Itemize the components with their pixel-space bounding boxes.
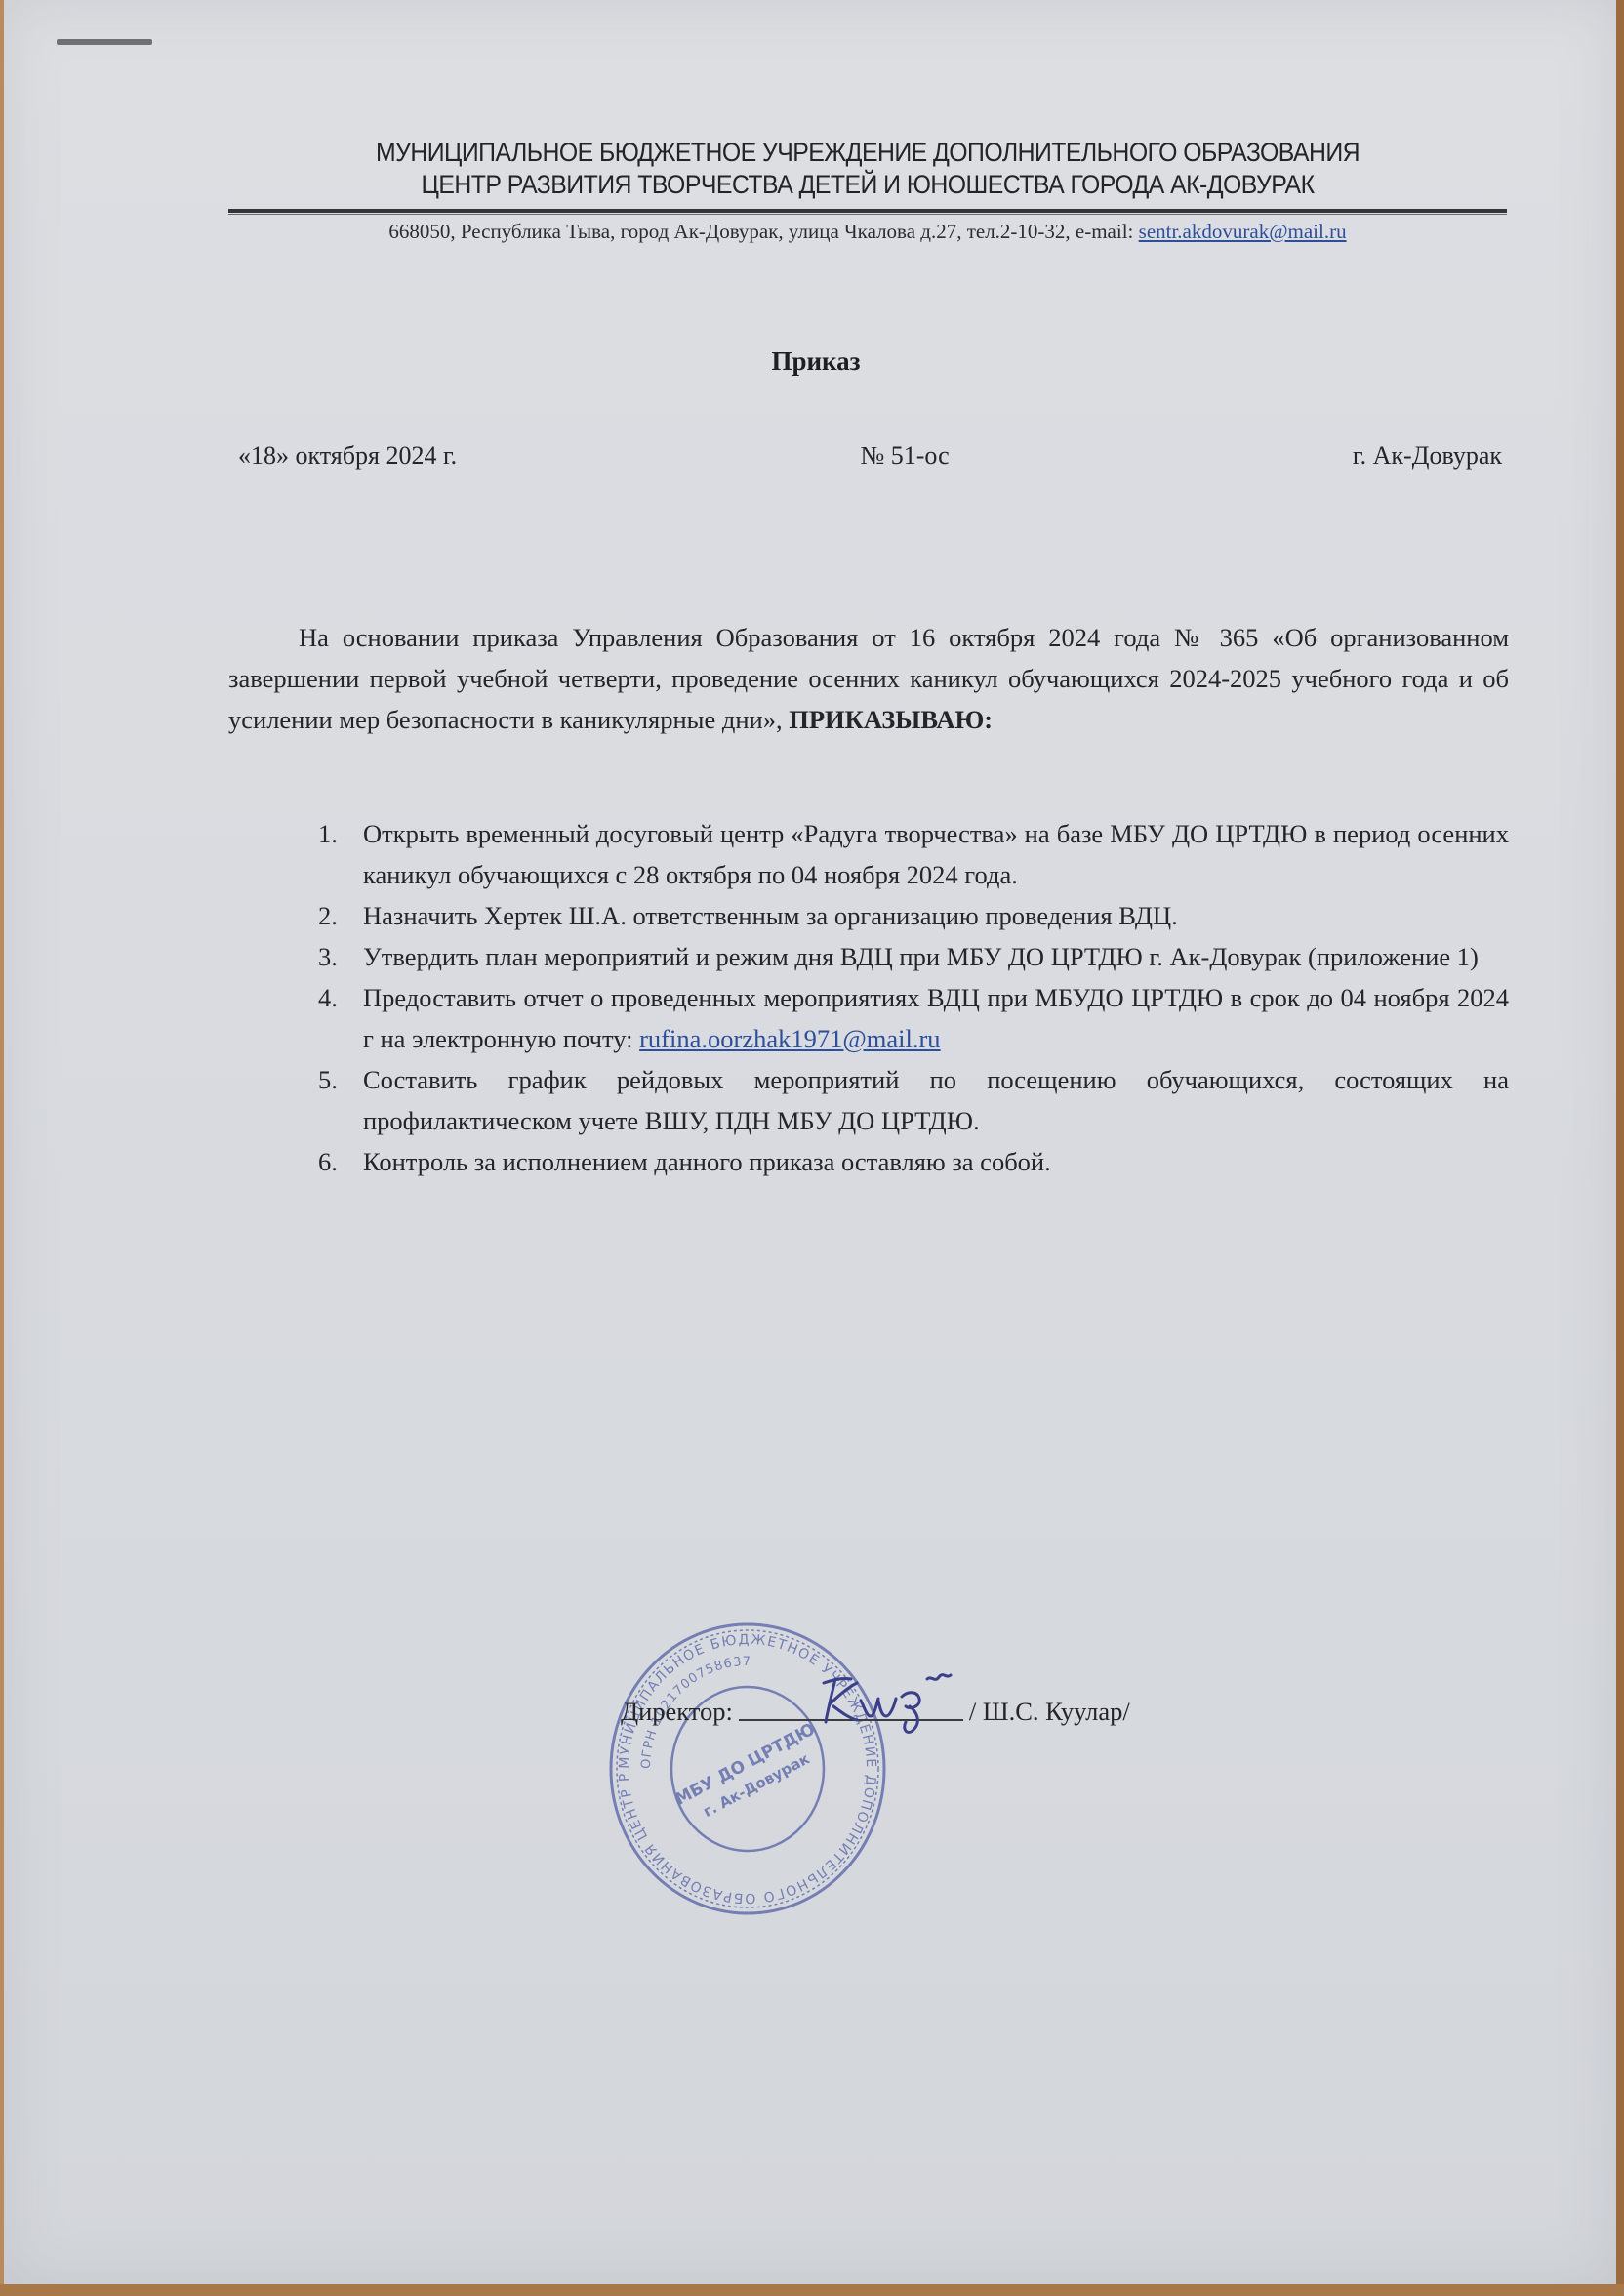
official-stamp-icon: МУНИЦИПАЛЬНОЕ БЮДЖЕТНОЕ УЧРЕЖДЕНИЕ ДОПОЛ… xyxy=(601,1613,894,1925)
order-number: 6. xyxy=(318,1141,338,1182)
order-number: 2. xyxy=(318,895,338,936)
staple-mark xyxy=(57,39,152,45)
order-item: 2.Назначить Хертек Ш.А. ответственным за… xyxy=(318,895,1509,936)
directive-word: ПРИКАЗЫВАЮ: xyxy=(789,705,993,734)
document-title: Приказ xyxy=(4,347,1624,377)
order-number: 5. xyxy=(318,1059,338,1100)
signatory-role: Директор: xyxy=(621,1697,733,1727)
letterhead-divider xyxy=(228,209,1507,215)
document-meta: «18» октября 2024 г. № 51-ос г. Ак-Довур… xyxy=(238,441,1502,471)
desk-edge-right xyxy=(1616,0,1624,2296)
order-item: 4. Предоставить отчет о проведенных меро… xyxy=(318,977,1509,1059)
order-item: 5.Составить график рейдовых мероприятий … xyxy=(318,1059,1509,1141)
report-email-link[interactable]: rufina.oorzhak1971@mail.ru xyxy=(639,1024,940,1053)
document-date: «18» октября 2024 г. xyxy=(238,441,457,471)
org-name-line-2: ЦЕНТР РАЗВИТИЯ ТВОРЧЕСТВА ДЕТЕЙ И ЮНОШЕС… xyxy=(279,169,1455,201)
order-text: Назначить Хертек Ш.А. ответственным за о… xyxy=(363,901,1178,930)
org-address: 668050, Республика Тыва, город Ак-Довура… xyxy=(228,219,1507,244)
document-page: МУНИЦИПАЛЬНОЕ БЮДЖЕТНОЕ УЧРЕЖДЕНИЕ ДОПОЛ… xyxy=(4,0,1616,2284)
signatory-name: / Ш.С. Куулар/ xyxy=(969,1697,1130,1727)
order-number: 1. xyxy=(318,813,338,854)
order-number: 4. xyxy=(318,977,338,1018)
order-items: 1.Открыть временный досуговый центр «Рад… xyxy=(318,813,1509,1182)
handwritten-signature-icon xyxy=(812,1661,958,1740)
document-place: г. Ак-Довурак xyxy=(1353,441,1502,471)
order-item: 1.Открыть временный досуговый центр «Рад… xyxy=(318,813,1509,895)
order-number: 3. xyxy=(318,936,338,977)
order-item: 6.Контроль за исполнением данного приказ… xyxy=(318,1141,1509,1182)
order-text: Утвердить план мероприятий и режим дня В… xyxy=(363,942,1479,971)
org-email-link[interactable]: sentr.akdovurak@mail.ru xyxy=(1139,220,1347,243)
order-text: Составить график рейдовых мероприятий по… xyxy=(363,1065,1509,1135)
desk-edge-bottom xyxy=(0,2284,1624,2296)
preamble-paragraph: На основании приказа Управления Образова… xyxy=(228,617,1509,740)
order-item: 3.Утвердить план мероприятий и режим дня… xyxy=(318,936,1509,977)
order-text: Контроль за исполнением данного приказа … xyxy=(363,1147,1051,1176)
org-name-line-1: МУНИЦИПАЛЬНОЕ БЮДЖЕТНОЕ УЧРЕЖДЕНИЕ ДОПОЛ… xyxy=(279,137,1455,169)
order-text: Открыть временный досуговый центр «Радуг… xyxy=(363,819,1509,889)
document-number: № 51-ос xyxy=(860,441,949,471)
address-text: 668050, Республика Тыва, город Ак-Довура… xyxy=(388,220,1138,243)
letterhead: МУНИЦИПАЛЬНОЕ БЮДЖЕТНОЕ УЧРЕЖДЕНИЕ ДОПОЛ… xyxy=(228,137,1507,244)
